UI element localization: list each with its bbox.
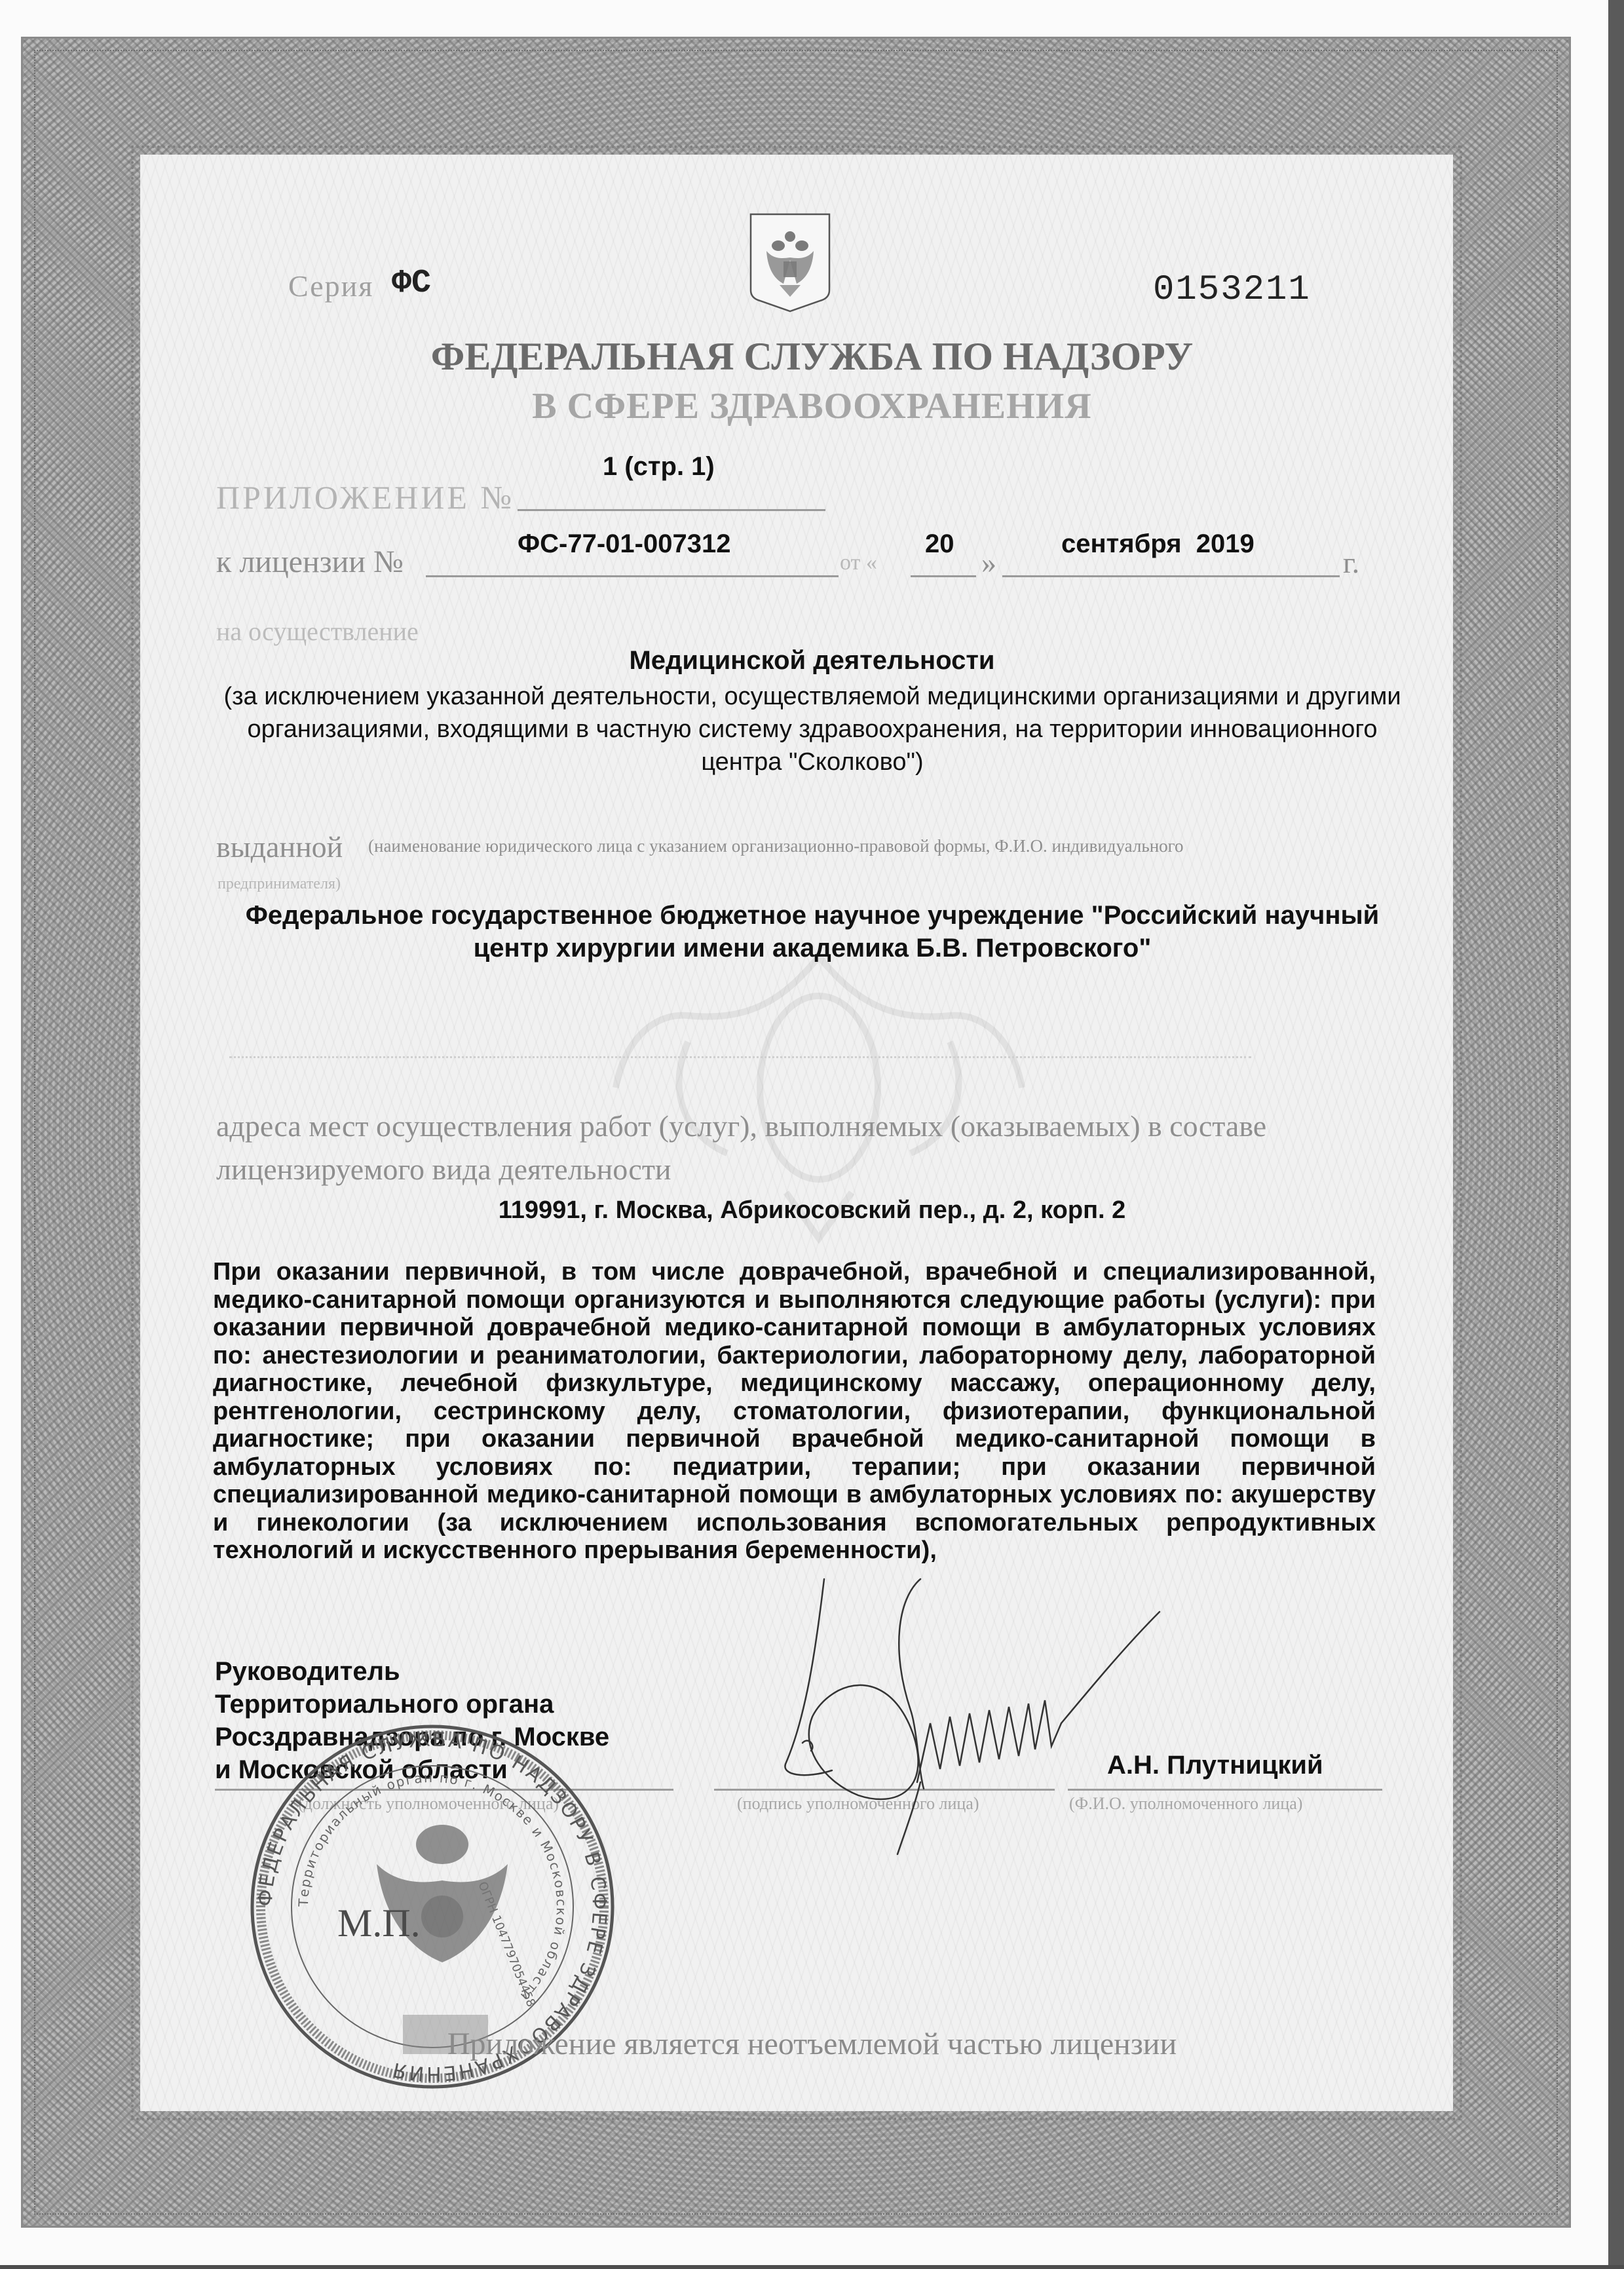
- date-quote-close: »: [981, 545, 996, 580]
- svg-text:М.П.: М.П.: [337, 1901, 421, 1945]
- footer-note: Приложение является неотъемлемой частью …: [0, 2026, 1624, 2062]
- handwritten-signature-icon: [753, 1573, 1291, 1867]
- activity-title: Медицинской деятельности: [0, 646, 1624, 676]
- date-prefix: от «: [840, 550, 877, 575]
- address-label: адреса мест осуществления работ (услуг),…: [216, 1105, 1408, 1191]
- license-number-underline: [426, 575, 839, 577]
- license-month-year: сентября 2019: [1061, 529, 1255, 559]
- year-suffix: г.: [1343, 545, 1359, 580]
- coat-of-arms-icon: [747, 212, 833, 316]
- faint-dotted-line: [229, 1056, 1251, 1058]
- activity-description: (за исключением указанной деятельности, …: [210, 680, 1415, 778]
- services-text: При оказании первичной, в том числе довр…: [213, 1258, 1376, 1565]
- agency-name-line-1: ФЕДЕРАЛЬНАЯ СЛУЖБА ПО НАДЗОРУ: [0, 334, 1624, 379]
- appendix-underline: [518, 509, 825, 511]
- agency-name-line-2: В СФЕРЕ ЗДРАВООХРАНЕНИЯ: [0, 385, 1624, 427]
- watermark-eagle-icon: [590, 917, 1048, 1245]
- day-underline: [911, 575, 976, 577]
- issued-hint: (наименование юридического лица с указан…: [368, 836, 1184, 856]
- appendix-label: ПРИЛОЖЕНИЕ №: [216, 478, 514, 516]
- appendix-value: 1 (стр. 1): [603, 452, 715, 482]
- activity-label: на осуществление: [216, 616, 419, 647]
- series-value: ФС: [392, 265, 431, 302]
- address-value: 119991, г. Москва, Абрикосовский пер., д…: [0, 1196, 1624, 1225]
- scanner-bottom-edge: [0, 2265, 1624, 2269]
- license-label: к лицензии №: [216, 544, 404, 580]
- issued-label: выданной: [216, 829, 343, 864]
- license-number: ФС-77-01-007312: [518, 529, 730, 559]
- month-underline: [1002, 575, 1340, 577]
- organization-name: Федеральное государственное бюджетное на…: [210, 899, 1415, 964]
- issued-hint-continuation: предпринимателя): [217, 875, 341, 893]
- license-day: 20: [925, 529, 954, 559]
- document-number: 0153211: [1153, 270, 1311, 310]
- series-label: Серия: [288, 269, 373, 303]
